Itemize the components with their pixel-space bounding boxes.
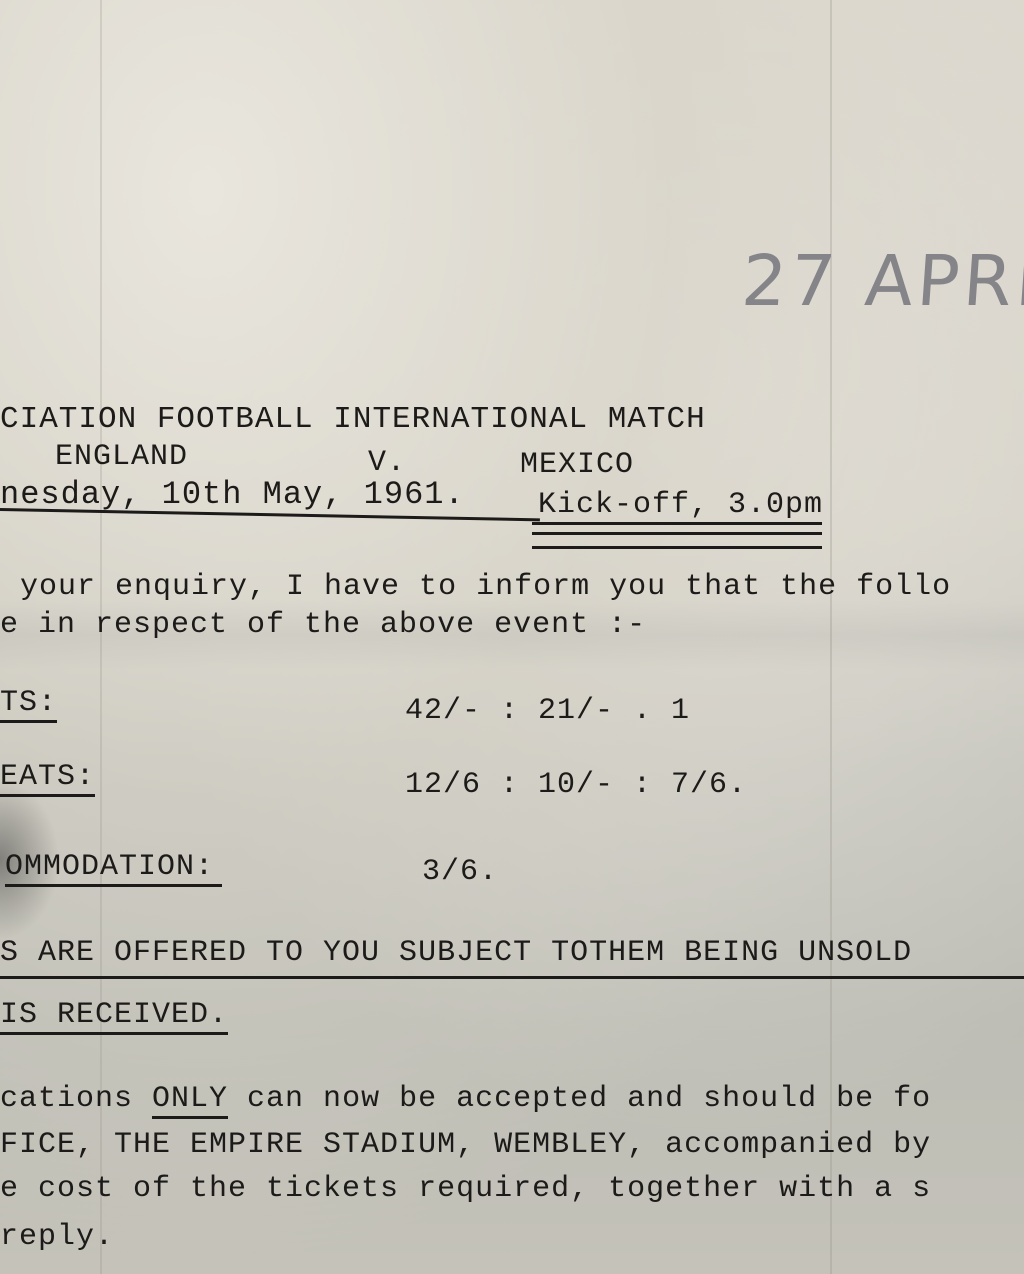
notice-line-2: IS RECEIVED.: [0, 998, 228, 1035]
match-date: nesday, 10th May, 1961.: [0, 476, 465, 513]
kickoff-time: Kick-off, 3.0pm: [538, 488, 823, 522]
closing-text: cations: [0, 1082, 152, 1116]
price-label-accommodation: OMMODATION:: [5, 850, 222, 887]
underline: [0, 976, 1024, 979]
date-stamp: 27 APRI: [739, 240, 1024, 322]
price-value-stand: 42/- : 21/- . 1: [405, 694, 690, 728]
price-value-accommodation: 3/6.: [422, 855, 498, 889]
price-label-seats: EATS:: [0, 760, 95, 797]
intro-line-1: your enquiry, I have to inform you that …: [20, 570, 951, 604]
closing-line-4: reply.: [0, 1220, 114, 1254]
notice-line-1: S ARE OFFERED TO YOU SUBJECT TOTHEM BEIN…: [0, 936, 912, 970]
price-label-stand: TS:: [0, 686, 57, 723]
closing-line-1: cations ONLY can now be accepted and sho…: [0, 1082, 931, 1116]
intro-line-2: e in respect of the above event :-: [0, 608, 646, 642]
underline: [532, 522, 822, 525]
price-value-seats: 12/6 : 10/- : 7/6.: [405, 768, 747, 802]
emphasis-only: ONLY: [152, 1082, 228, 1119]
underline: [532, 546, 822, 549]
closing-line-2: FICE, THE EMPIRE STADIUM, WEMBLEY, accom…: [0, 1128, 931, 1162]
underline: [532, 532, 822, 535]
versus: V.: [368, 446, 406, 480]
team-away: MEXICO: [520, 448, 634, 482]
heading-title: CIATION FOOTBALL INTERNATIONAL MATCH: [0, 402, 706, 437]
closing-line-3: e cost of the tickets required, together…: [0, 1172, 931, 1206]
team-home: ENGLAND: [55, 440, 188, 474]
closing-text: can now be accepted and should be fo: [228, 1082, 931, 1116]
